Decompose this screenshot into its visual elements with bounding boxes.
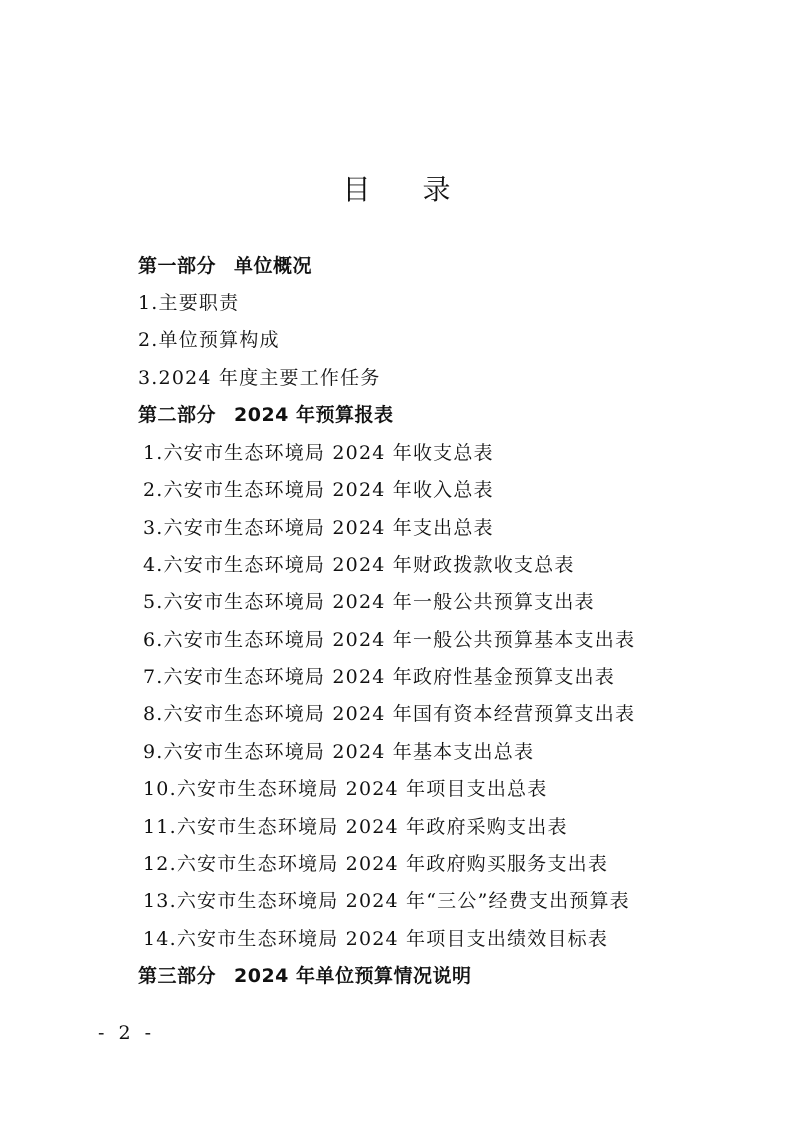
toc-entry: 1.主要职责: [138, 291, 239, 315]
toc-entry: 9.六安市生态环境局 2024 年基本支出总表: [143, 740, 534, 764]
part2-title: 2024 年预算报表: [234, 404, 394, 426]
toc-entry: 2.六安市生态环境局 2024 年收入总表: [143, 478, 494, 502]
page-number: - 2 -: [98, 1022, 155, 1044]
toc-title-char-2: 录: [423, 168, 451, 208]
toc-entry: 13.六安市生态环境局 2024 年“三公”经费支出预算表: [143, 889, 630, 913]
part1-label: 第一部分: [138, 255, 216, 277]
toc-entry: 10.六安市生态环境局 2024 年项目支出总表: [143, 777, 547, 801]
toc-entry: 5.六安市生态环境局 2024 年一般公共预算支出表: [143, 590, 595, 614]
part1-heading: 第一部分单位概况: [138, 254, 312, 278]
part2-label: 第二部分: [138, 404, 216, 426]
toc-entry: 12.六安市生态环境局 2024 年政府购买服务支出表: [143, 852, 608, 876]
part2-heading: 第二部分2024 年预算报表: [138, 403, 394, 427]
toc-entry: 2.单位预算构成: [138, 328, 280, 352]
toc-entry: 3.2024 年度主要工作任务: [138, 366, 381, 390]
part3-heading: 第三部分2024 年单位预算情况说明: [138, 964, 472, 988]
toc-entry: 11.六安市生态环境局 2024 年政府采购支出表: [143, 815, 568, 839]
part3-title: 2024 年单位预算情况说明: [234, 965, 472, 987]
part1-title: 单位概况: [234, 255, 312, 277]
toc-entry: 7.六安市生态环境局 2024 年政府性基金预算支出表: [143, 665, 615, 689]
toc-entry: 8.六安市生态环境局 2024 年国有资本经营预算支出表: [143, 702, 635, 726]
toc-entry: 4.六安市生态环境局 2024 年财政拨款收支总表: [143, 553, 575, 577]
toc-entry: 1.六安市生态环境局 2024 年收支总表: [143, 441, 494, 465]
toc-entry: 14.六安市生态环境局 2024 年项目支出绩效目标表: [143, 927, 608, 951]
part3-label: 第三部分: [138, 965, 216, 987]
toc-entry: 6.六安市生态环境局 2024 年一般公共预算基本支出表: [143, 628, 635, 652]
toc-title: 目录: [0, 168, 793, 208]
toc-title-char-1: 目: [342, 168, 370, 208]
toc-entry: 3.六安市生态环境局 2024 年支出总表: [143, 516, 494, 540]
